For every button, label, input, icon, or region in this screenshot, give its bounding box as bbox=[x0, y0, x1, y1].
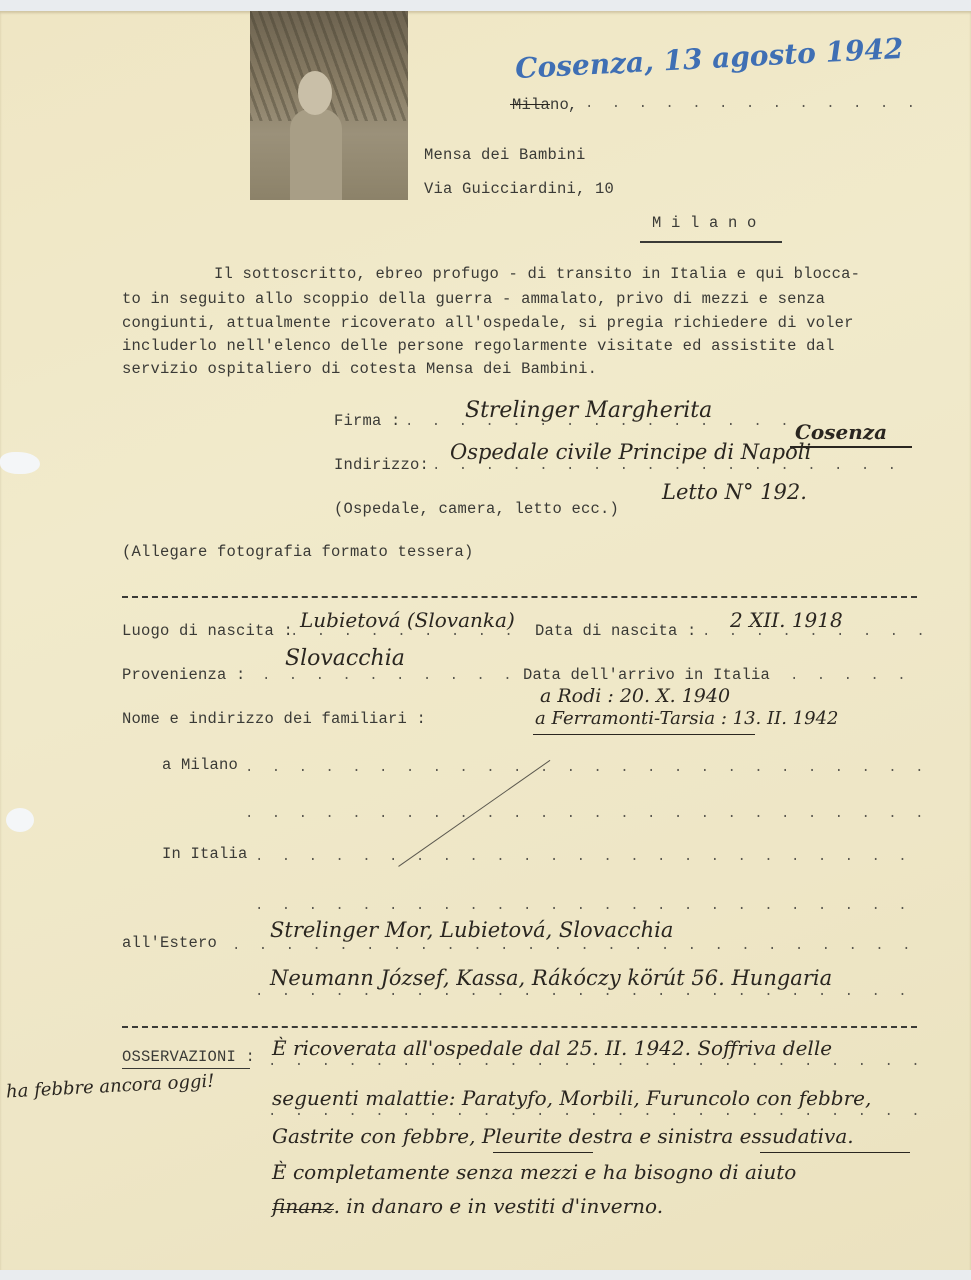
italia-dotted-line-2: . . . . . . . . . . . . . . . . . . . . … bbox=[255, 898, 925, 914]
recipient-address: Via Guicciardini, 10 bbox=[424, 180, 614, 198]
body-line-1: Il sottoscritto, ebreo profugo - di tran… bbox=[214, 265, 860, 283]
luogo-value: Lubietová (Slovanka) bbox=[300, 608, 515, 632]
observations-line-4: È completamente senza mezzi e ha bisogno… bbox=[272, 1160, 796, 1184]
indirizzo-value: Ospedale civile Principe di Napoli bbox=[450, 440, 811, 464]
arrivo-underline bbox=[533, 734, 755, 735]
section-divider-1 bbox=[122, 596, 917, 598]
typed-place-strikethrough bbox=[510, 104, 550, 105]
data-nascita-value: 2 XII. 1918 bbox=[730, 608, 843, 632]
observations-line-1: È ricoverata all'ospedale dal 25. II. 19… bbox=[272, 1036, 832, 1060]
photo-note: (Allegare fotografia formato tessera) bbox=[122, 543, 474, 561]
body-line-5: servizio ospitaliero di cotesta Mensa de… bbox=[122, 360, 597, 378]
estero-value-2: Neumann József, Kassa, Rákóczy körút 56.… bbox=[270, 966, 832, 990]
arrivo-dotted-line: . . . . . . . . bbox=[790, 668, 922, 684]
estero-label: all'Estero bbox=[122, 934, 217, 952]
arrivo-value-2: a Ferramonti-Tarsia : 13. II. 1942 bbox=[535, 708, 838, 729]
observations-label-underline bbox=[122, 1068, 250, 1069]
milano-dotted-line-2: . . . . . . . . . . . . . . . . . . . . … bbox=[245, 806, 925, 822]
observations-line-2: seguenti malattie: Paratyfo, Morbili, Fu… bbox=[272, 1086, 871, 1110]
body-line-2: to in seguito allo scoppio della guerra … bbox=[122, 290, 825, 308]
section-divider-2 bbox=[122, 1026, 917, 1028]
date-dotted-line: . . . . . . . . . . . . . . . . . . . . … bbox=[585, 96, 925, 112]
essudativa-underline bbox=[760, 1152, 910, 1153]
estero-value-1: Strelinger Mor, Lubietová, Slovacchia bbox=[270, 918, 673, 942]
typed-place-comma: , bbox=[568, 96, 578, 114]
milano-dotted-line: . . . . . . . . . . . . . . . . . . . . … bbox=[245, 760, 925, 776]
italia-dotted-line: . . . . . . . . . . . . . . . . . . . . … bbox=[255, 849, 925, 865]
data-nascita-label: Data di nascita : bbox=[535, 622, 697, 640]
familiari-label: Nome e indirizzo dei familiari : bbox=[122, 710, 426, 728]
indirizzo-hint: (Ospedale, camera, letto ecc.) bbox=[334, 500, 619, 518]
firma-label: Firma : bbox=[334, 412, 401, 430]
indirizzo-label: Indirizzo: bbox=[334, 456, 429, 474]
observations-line-3: Gastrite con febbre, Pleurite destra e s… bbox=[272, 1124, 854, 1148]
recipient-city-underline bbox=[640, 241, 782, 243]
italia-label: In Italia bbox=[162, 845, 248, 863]
pleurite-underline bbox=[493, 1152, 593, 1153]
observations-label: OSSERVAZIONI : bbox=[122, 1048, 255, 1066]
photo-figure-body bbox=[290, 109, 342, 200]
photo-figure-head bbox=[298, 71, 332, 115]
luogo-label: Luogo di nascita : bbox=[122, 622, 293, 640]
body-line-4: includerlo nell'elenco delle persone reg… bbox=[122, 337, 835, 355]
applicant-photo bbox=[250, 11, 408, 200]
arrivo-value-1: a Rodi : 20. X. 1940 bbox=[540, 685, 730, 707]
punch-hole-tear bbox=[0, 452, 40, 474]
punch-hole bbox=[6, 808, 34, 832]
arrivo-label: Data dell'arrivo in Italia bbox=[523, 666, 770, 684]
provenienza-label: Provenienza : bbox=[122, 666, 246, 684]
finanz-strikethrough bbox=[272, 1209, 334, 1210]
observations-line-5: finanz. in danaro e in vestiti d'inverno… bbox=[272, 1194, 663, 1218]
indirizzo-bed: Letto N° 192. bbox=[662, 480, 807, 504]
recipient-city: M i l a n o bbox=[652, 214, 757, 232]
body-line-3: congiunti, attualmente ricoverato all'os… bbox=[122, 314, 854, 332]
milano-label: a Milano bbox=[162, 756, 238, 774]
provenienza-value: Slovacchia bbox=[285, 646, 405, 671]
firma-value: Strelinger Margherita bbox=[465, 398, 712, 423]
typed-place: Milano bbox=[512, 96, 569, 114]
recipient-name: Mensa dei Bambini bbox=[424, 146, 586, 164]
